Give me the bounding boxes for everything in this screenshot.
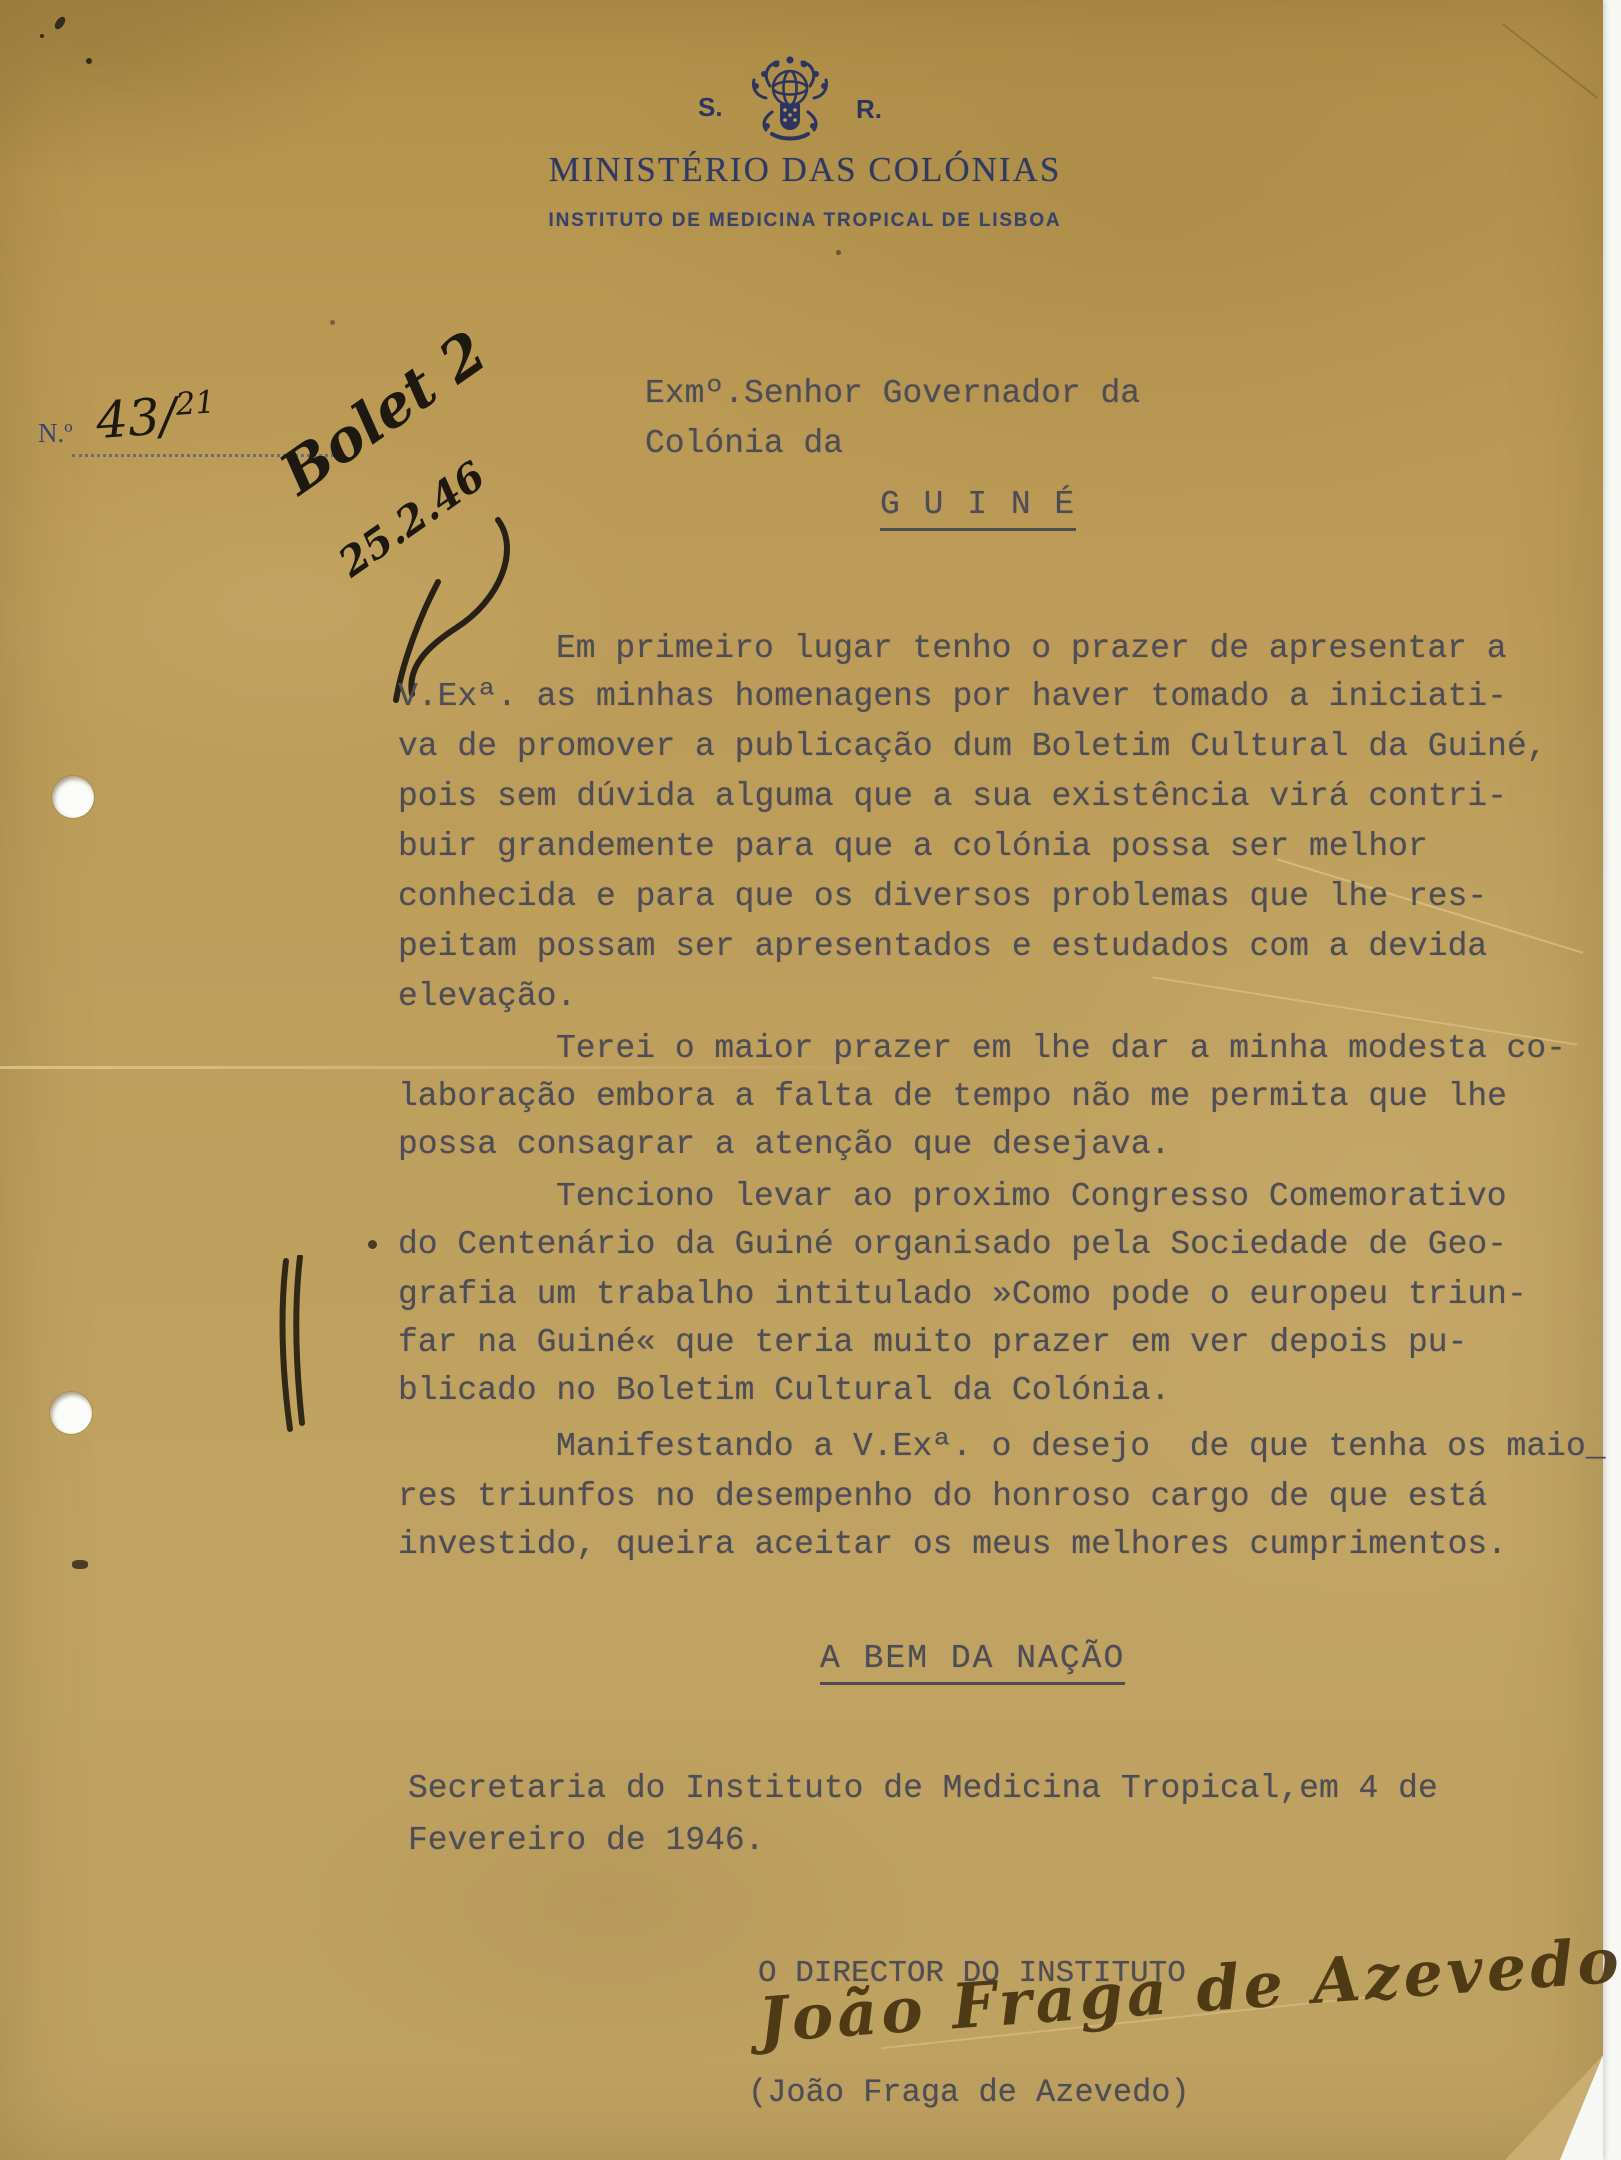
body-line: peitam possam ser apresentados e estudad…: [398, 928, 1487, 965]
body-line: Em primeiro lugar tenho o prazer de apre…: [556, 630, 1507, 667]
closing-motto: A BEM DA NAÇÃO: [820, 1640, 1125, 1685]
letterhead-initial-s: S.: [698, 92, 723, 123]
dateline-line2: Fevereiro de 1946.: [408, 1822, 764, 1859]
punch-hole: [50, 1392, 92, 1434]
body-line: laboração embora a falta de tempo não me…: [398, 1078, 1507, 1115]
punch-hole: [52, 776, 94, 818]
body-line: V.Exª. as minhas homenagens por haver to…: [398, 678, 1507, 715]
body-line: Manifestando a V.Exª. o desejo de que te…: [556, 1428, 1606, 1465]
addressee-line2: Colónia da: [645, 425, 843, 462]
reference-number-sup: 21: [174, 384, 216, 423]
body-line: blicado no Boletim Cultural da Colónia.: [398, 1372, 1170, 1409]
reference-label: N.º: [38, 418, 73, 449]
body-line: res triunfos no desempenho do honroso ca…: [398, 1478, 1487, 1515]
body-line: elevação.: [398, 978, 576, 1015]
body-line: pois sem dúvida alguma que a sua existên…: [398, 778, 1507, 815]
dateline-line1: Secretaria do Instituto de Medicina Trop…: [408, 1770, 1438, 1807]
body-line: far na Guiné« que teria muito prazer em …: [398, 1324, 1467, 1361]
body-line: do Centenário da Guiné organisado pela S…: [398, 1226, 1507, 1263]
coat-of-arms-icon: [742, 52, 838, 148]
body-line: Tenciono levar ao proximo Congresso Come…: [556, 1178, 1507, 1215]
ministry-title: MINISTÉRIO DAS COLÓNIAS: [400, 150, 1210, 190]
letterhead-initial-r: R.: [856, 94, 882, 125]
signature-typed-name: (João Fraga de Azevedo): [748, 2074, 1190, 2111]
colony-name: G U I N É: [880, 486, 1076, 531]
body-line: grafia um trabalho intitulado »Como pode…: [398, 1276, 1527, 1313]
body-line: possa consagrar a atenção que desejava.: [398, 1126, 1170, 1163]
reference-number-main: 43/: [94, 387, 178, 450]
body-line: va de promover a publicação dum Boletim …: [398, 728, 1547, 765]
reference-number-handwritten: 43/21: [94, 384, 218, 450]
body-line: conhecida e para que os diversos problem…: [398, 878, 1487, 915]
addressee-line1: Exmº.Senhor Governador da: [645, 375, 1140, 412]
body-line: investido, queira aceitar os meus melhor…: [398, 1526, 1507, 1563]
body-line: Terei o maior prazer em lhe dar a minha …: [556, 1030, 1566, 1067]
body-line: buir grandemente para que a colónia poss…: [398, 828, 1428, 865]
institute-subtitle: INSTITUTO DE MEDICINA TROPICAL DE LISBOA: [400, 210, 1210, 232]
